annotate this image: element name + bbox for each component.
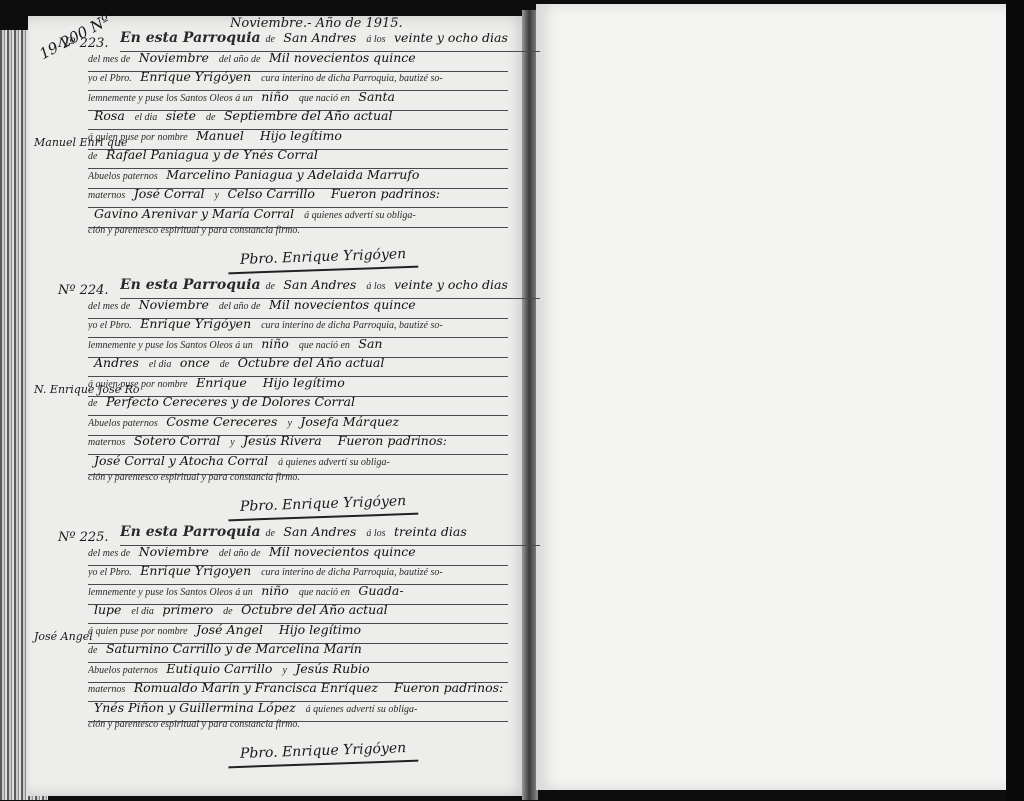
handwritten-text: Fueron padrinos: (332, 433, 453, 448)
handwritten-text: Jesús Rivera (237, 433, 332, 448)
printed-text: lemnemente y puse los Santos Oleos á un (88, 587, 255, 598)
handwritten-text: Mil novecientos quince (263, 544, 422, 559)
handwritten-text: Cosme Cereceres (160, 414, 287, 429)
handwritten-text: Saturnino Carrillo y de Marcelina Marín (100, 641, 368, 656)
printed-text: de (88, 151, 100, 162)
printed-text: maternos (88, 684, 128, 695)
printed-text: de (220, 359, 232, 370)
margin-name: José Angel (34, 630, 93, 643)
printed-text: que nació en (299, 587, 353, 598)
printed-text: del mes de (88, 54, 133, 65)
printed-text: de (265, 281, 277, 292)
handwritten-text: Hijo legítimo (273, 622, 367, 637)
handwritten-text: Mil novecientos quince (263, 297, 422, 312)
printed-text: En esta Parroquia (120, 277, 265, 293)
handwritten-text: Hijo legítimo (257, 375, 351, 390)
handwritten-text: José Corral (128, 186, 215, 201)
handwritten-text: Fueron padrinos: (388, 680, 508, 695)
printed-text: advertí su obliga- (346, 704, 417, 715)
printed-text: Abuelos paternos (88, 171, 160, 182)
printed-text: ción y parentesco espiritual y para cons… (88, 472, 300, 483)
printed-text: de (88, 645, 100, 656)
page-header: Noviembre.- Año de 1915. (230, 16, 403, 31)
handwritten-text: Gavino Arenivar y María Corral (88, 206, 304, 221)
printed-text: yo el Pbro. (88, 73, 134, 84)
handwritten-text: Rafael Paniagua y de Ynés Corral (100, 147, 324, 162)
printed-text: ción y parentesco espiritual y para cons… (88, 225, 300, 236)
handwritten-text: lupe (88, 602, 131, 617)
handwritten-text: Perfecto Cereceres y de Dolores Corral (100, 394, 361, 409)
handwritten-text: Guada- (352, 583, 409, 598)
handwritten-text: Romualdo Marín y Francisca Enríquez (128, 680, 388, 695)
printed-text: lemnemente y puse los Santos Oleos á un (88, 93, 255, 104)
printed-text: En esta Parroquia (120, 30, 265, 46)
handwritten-text: Hijo legítimo (254, 128, 348, 143)
printed-text: de (265, 34, 277, 45)
handwritten-text: Jesús Rubio (289, 661, 375, 676)
printed-text: el dia (135, 112, 160, 123)
printed-text: del año de (219, 301, 263, 312)
handwritten-text: Enrique Yrigoyen (134, 563, 261, 578)
printed-text: maternos (88, 190, 128, 201)
entry-line: ción y parentesco espiritual y para cons… (88, 472, 508, 494)
handwritten-text: niño (255, 89, 299, 104)
printed-text: el dia (149, 359, 174, 370)
printed-text: el dia (131, 606, 156, 617)
handwritten-text: niño (255, 336, 299, 351)
printed-text: maternos (88, 437, 128, 448)
handwritten-text: once (174, 355, 220, 370)
handwritten-text: Mil novecientos quince (263, 50, 422, 65)
entry-line: ción y parentesco espiritual y para cons… (88, 225, 508, 247)
printed-text: á quienes (306, 704, 347, 715)
right-page-blank (536, 4, 1016, 790)
handwritten-text: Ynés Piñon y Guillermina López (88, 700, 306, 715)
handwritten-text: Manuel (190, 128, 254, 143)
printed-text: á quien puse por nombre (88, 379, 190, 390)
printed-text: que nació en (299, 93, 353, 104)
handwritten-text: San Andres (277, 524, 366, 539)
handwritten-text: San (352, 336, 388, 351)
printed-text: á quienes (278, 457, 319, 468)
printed-text: de (206, 112, 218, 123)
handwritten-text: Andres (88, 355, 149, 370)
printed-text: de (88, 398, 100, 409)
handwritten-text: San Andres (277, 30, 366, 45)
handwritten-text: Enrique (190, 375, 257, 390)
handwritten-text: Enrique Yrigóyen (134, 316, 261, 331)
handwritten-text: Noviembre (133, 297, 219, 312)
handwritten-text: niño (255, 583, 299, 598)
printed-text: Abuelos paternos (88, 418, 160, 429)
handwritten-text: veinte y ocho dias (388, 277, 514, 292)
printed-text: á los (366, 281, 388, 292)
printed-text: cura interino de dicha Parroquia, bautiz… (261, 567, 443, 578)
handwritten-text: Eutiquio Carrillo (160, 661, 282, 676)
printed-text: á quien puse por nombre (88, 132, 190, 143)
printed-text: del mes de (88, 548, 133, 559)
printed-text: cura interino de dicha Parroquia, bautiz… (261, 73, 443, 84)
handwritten-text: Enrique Yrigóyen (134, 69, 261, 84)
handwritten-text: Noviembre (133, 544, 219, 559)
entry-line: ción y parentesco espiritual y para cons… (88, 719, 508, 741)
scan-border (1006, 0, 1024, 801)
handwritten-text: José Corral y Atocha Corral (88, 453, 278, 468)
printed-text: de (265, 528, 277, 539)
handwritten-text: Octubre del Año actual (235, 602, 394, 617)
handwritten-text: Celso Carrillo (221, 186, 324, 201)
handwritten-text: Rosa (88, 108, 135, 123)
printed-text: del año de (219, 548, 263, 559)
printed-text: ción y parentesco espiritual y para cons… (88, 719, 300, 730)
handwritten-text: Marcelino Paniagua y Adelaida Marrufo (160, 167, 425, 182)
printed-text: Abuelos paternos (88, 665, 160, 676)
printed-text: lemnemente y puse los Santos Oleos á un (88, 340, 255, 351)
printed-text: En esta Parroquia (120, 524, 265, 540)
handwritten-text: Fueron padrinos: (325, 186, 446, 201)
printed-text: yo el Pbro. (88, 567, 134, 578)
handwritten-text: Santa (352, 89, 401, 104)
printed-text: advertí su obliga- (345, 210, 416, 221)
handwritten-text: siete (160, 108, 206, 123)
printed-text: yo el Pbro. (88, 320, 134, 331)
printed-text: que nació en (299, 340, 353, 351)
printed-text: á los (366, 34, 388, 45)
handwritten-text: primero (156, 602, 223, 617)
printed-text: del año de (219, 54, 263, 65)
handwritten-text: Josefa Márquez (294, 414, 405, 429)
printed-text: cura interino de dicha Parroquia, bautiz… (261, 320, 443, 331)
printed-text: advertí su obliga- (319, 457, 390, 468)
handwritten-text: Septiembre del Año actual (218, 108, 399, 123)
handwritten-text: Noviembre (133, 50, 219, 65)
printed-text: á quienes (304, 210, 345, 221)
printed-text: á quien puse por nombre (88, 626, 190, 637)
handwritten-text: José Angel (190, 622, 273, 637)
handwritten-text: Octubre del Año actual (232, 355, 391, 370)
printed-text: de (223, 606, 235, 617)
handwritten-text: San Andres (277, 277, 366, 292)
handwritten-text: Sotero Corral (128, 433, 230, 448)
handwritten-text: treinta dias (388, 524, 473, 539)
printed-text: á los (366, 528, 388, 539)
printed-text: del mes de (88, 301, 133, 312)
handwritten-text: veinte y ocho dias (388, 30, 514, 45)
